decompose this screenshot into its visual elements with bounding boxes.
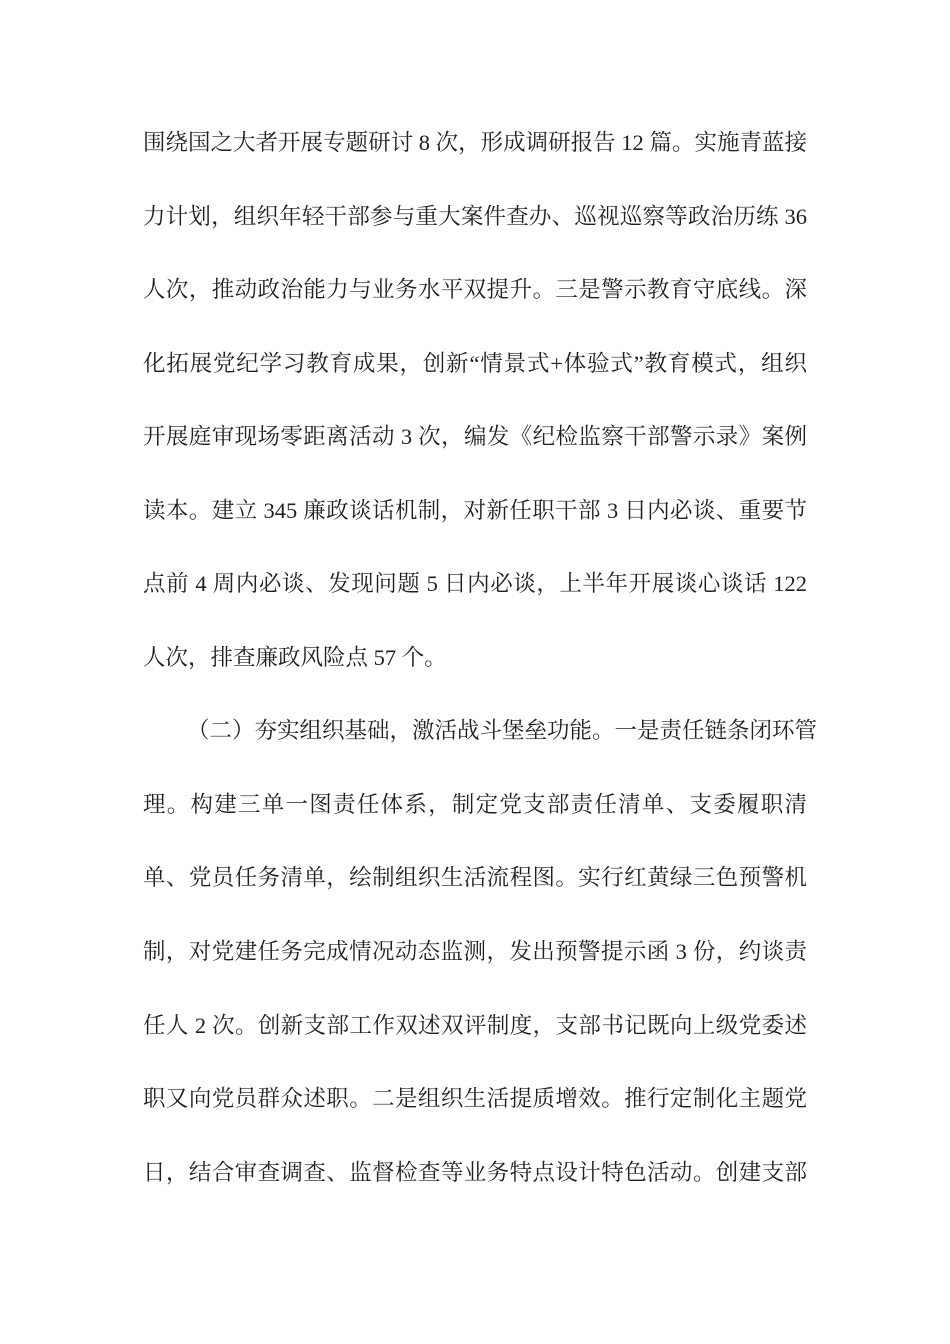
- text-line-3: 人次，推动政治能力与业务水平双提升。三是警示教育守底线。深: [143, 253, 807, 327]
- text-line-1: 围绕国之大者开展专题研讨 8 次，形成调研报告 12 篇。实施青蓝接: [143, 106, 807, 180]
- text-line-8: 人次，排查廉政风险点 57 个。: [143, 621, 807, 695]
- text-line-15: 日，结合审查调查、监督检查等业务特点设计特色活动。创建支部: [143, 1136, 807, 1210]
- document-text: 围绕国之大者开展专题研讨 8 次，形成调研报告 12 篇。实施青蓝接 力计划，组…: [143, 106, 807, 1209]
- text-line-13: 任人 2 次。创新支部工作双述双评制度，支部书记既向上级党委述: [143, 989, 807, 1063]
- text-line-11: 单、党员任务清单，绘制组织生活流程图。实行红黄绿三色预警机: [143, 841, 807, 915]
- text-line-2: 力计划，组织年轻干部参与重大案件查办、巡视巡察等政治历练 36: [143, 180, 807, 254]
- text-line-4: 化拓展党纪学习教育成果，创新“情景式+体验式”教育模式，组织: [143, 327, 807, 401]
- text-line-6: 读本。建立 345 廉政谈话机制，对新任职干部 3 日内必谈、重要节: [143, 474, 807, 548]
- text-line-12: 制，对党建任务完成情况动态监测，发出预警提示函 3 份，约谈责: [143, 915, 807, 989]
- document-page: 围绕国之大者开展专题研讨 8 次，形成调研报告 12 篇。实施青蓝接 力计划，组…: [0, 0, 950, 1344]
- text-line-7: 点前 4 周内必谈、发现问题 5 日内必谈，上半年开展谈心谈话 122: [143, 547, 807, 621]
- text-line-10: 理。构建三单一图责任体系，制定党支部责任清单、支委履职清: [143, 768, 807, 842]
- text-line-9: （二）夯实组织基础，激活战斗堡垒功能。一是责任链条闭环管: [143, 694, 807, 768]
- text-line-14: 职又向党员群众述职。二是组织生活提质增效。推行定制化主题党: [143, 1062, 807, 1136]
- text-line-5: 开展庭审现场零距离活动 3 次，编发《纪检监察干部警示录》案例: [143, 400, 807, 474]
